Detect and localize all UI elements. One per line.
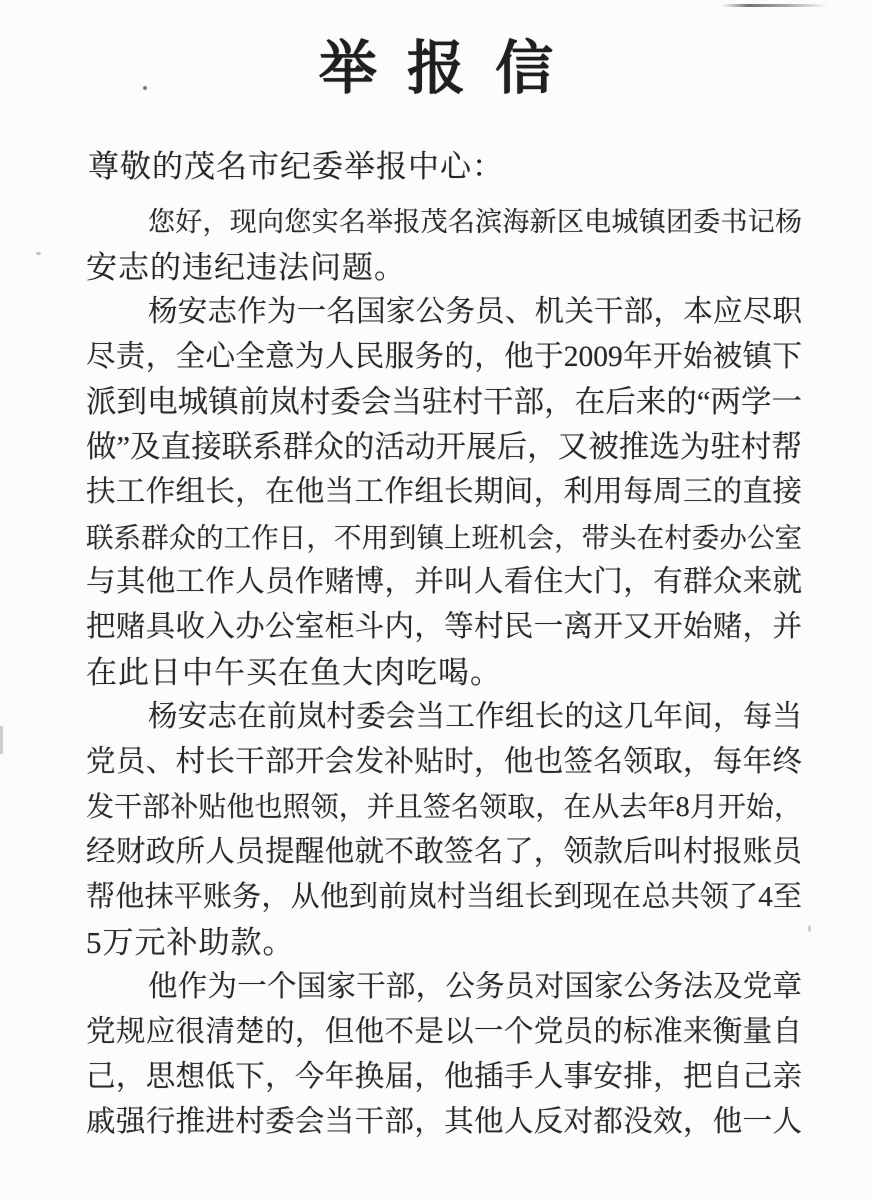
body-line-19: 党规应很清楚的，但他不是以一个党员的标准来衡量自 [86, 1010, 802, 1055]
body-line-21: 戚强行推进村委会当干部，其他人反对都没效，他一人 [86, 1100, 802, 1145]
body-line-1: 您好，现向您实名举报茂名滨海新区电城镇团委书记杨 [86, 200, 802, 245]
body-line-6: 做”及直接联系群众的活动开展后，又被推选为驻村帮 [86, 425, 802, 470]
scan-artifact-streak [722, 4, 828, 7]
body-line-4: 尽责，全心全意为人民服务的，他于2009年开始被镇下 [86, 335, 802, 380]
body-line-20: 己，思想低下，今年换届，他插手人事安排，把自己亲 [86, 1055, 802, 1100]
salutation: 尊敬的茂名市纪委举报中心： [88, 146, 504, 188]
body-line-8: 联系群众的工作日，不用到镇上班机会，带头在村委办公室 [86, 515, 802, 560]
body-line-16: 帮他抹平账务，从他到前岚村当组长到现在总共领了4至 [86, 875, 802, 920]
body-line-14: 发干部补贴他也照领，并且签名领取，在从去年8月开始， [86, 785, 802, 830]
body-line-11: 在此日中午买在鱼大肉吃喝。 [86, 650, 802, 695]
letter-title: 举报信 [0, 26, 872, 112]
letter-body: 您好，现向您实名举报茂名滨海新区电城镇团委书记杨 安志的违纪违法问题。 杨安志作… [86, 200, 802, 1145]
body-line-7: 扶工作组长，在他当工作组长期间，利用每周三的直接 [86, 470, 802, 515]
body-line-2: 安志的违纪违法问题。 [86, 245, 802, 290]
body-line-15: 经财政所人员提醒他就不敢签名了，领款后叫村报账员 [86, 830, 802, 875]
scan-speck [36, 252, 41, 255]
scanned-letter-page: 举报信 尊敬的茂名市纪委举报中心： 您好，现向您实名举报茂名滨海新区电城镇团委书… [0, 0, 872, 1200]
scan-speck [808, 925, 811, 932]
body-line-18: 他作为一个国家干部，公务员对国家公务法及党章 [86, 965, 802, 1010]
body-line-17: 5万元补助款。 [86, 920, 802, 965]
body-line-9: 与其他工作人员作赌博，并叫人看住大门，有群众来就 [86, 560, 802, 605]
body-line-12: 杨安志在前岚村委会当工作组长的这几年间，每当 [86, 695, 802, 740]
body-line-13: 党员、村长干部开会发补贴时，他也签名领取，每年终 [86, 740, 802, 785]
scan-edge-smudge [0, 726, 3, 754]
body-line-10: 把赌具收入办公室柜斗内，等村民一离开又开始赌，并 [86, 605, 802, 650]
body-line-3: 杨安志作为一名国家公务员、机关干部，本应尽职 [86, 290, 802, 335]
body-line-5: 派到电城镇前岚村委会当驻村干部，在后来的“两学一 [86, 380, 802, 425]
